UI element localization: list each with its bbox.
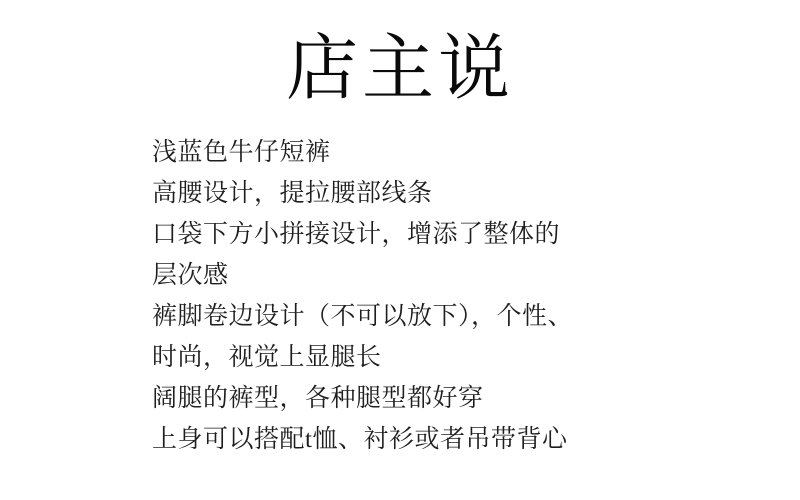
page-title: 店主说 bbox=[0, 33, 800, 105]
description-text-block: 浅蓝色牛仔短裤 高腰设计，提拉腰部线条 口袋下方小拼接设计，增添了整体的 层次感… bbox=[152, 132, 712, 460]
description-line-waist: 高腰设计，提拉腰部线条 bbox=[152, 173, 712, 214]
description-line-fit: 阔腿的裤型，各种腿型都好穿 bbox=[152, 378, 712, 419]
description-line-color: 浅蓝色牛仔短裤 bbox=[152, 132, 712, 173]
product-description-page: 店主说 浅蓝色牛仔短裤 高腰设计，提拉腰部线条 口袋下方小拼接设计，增添了整体的… bbox=[0, 0, 800, 500]
description-line-pocket-cont: 层次感 bbox=[152, 255, 712, 296]
description-line-hem-cont: 时尚，视觉上显腿长 bbox=[152, 337, 712, 378]
description-line-pocket: 口袋下方小拼接设计，增添了整体的 bbox=[152, 214, 712, 255]
description-line-pairing: 上身可以搭配t恤、衬衫或者吊带背心 bbox=[152, 419, 712, 460]
description-line-hem: 裤脚卷边设计（不可以放下），个性、 bbox=[152, 296, 712, 337]
